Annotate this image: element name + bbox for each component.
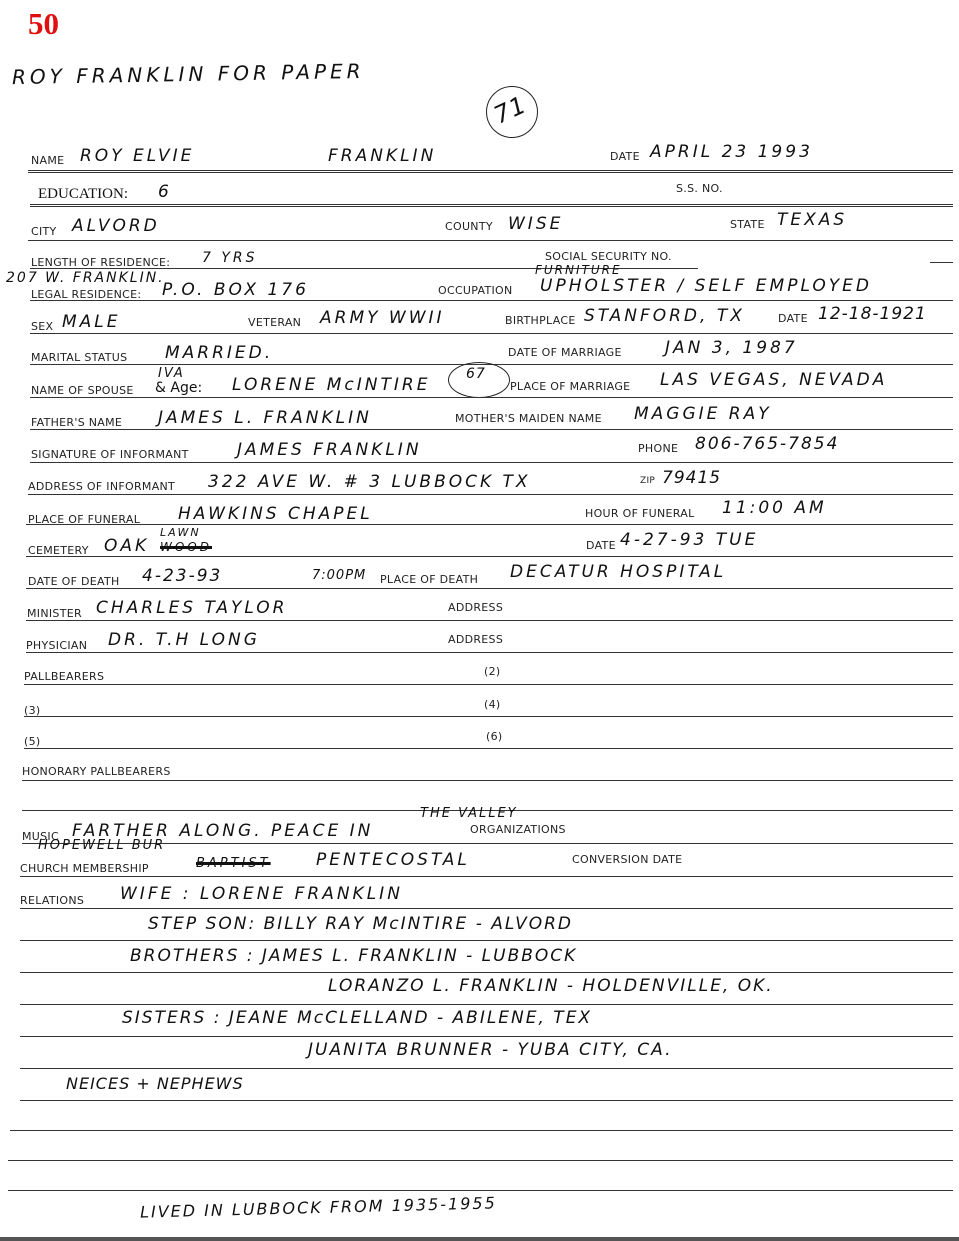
pallbearer-slot-4: (4): [484, 698, 500, 711]
physician-value: DR. T.H LONG: [108, 630, 260, 650]
fathers-name-label: FATHER'S NAME: [31, 416, 122, 429]
education-label: EDUCATION:: [38, 186, 128, 203]
pallbearer-slot-6: (6): [486, 730, 502, 743]
mothers-maiden-name-label: MOTHER'S MAIDEN NAME: [455, 412, 602, 425]
place-of-marriage-value: LAS VEGAS, NEVADA: [660, 370, 887, 390]
relation-line-7: NEICES + NEPHEWS: [66, 1074, 244, 1093]
relation-line-4: LORANZO L. FRANKLIN - HOLDENVILLE, OK.: [328, 976, 774, 996]
father-line: [30, 429, 953, 430]
name-last-value: FRANKLIN: [328, 146, 436, 166]
zip-value: 79415: [662, 468, 721, 488]
pallbearers-line-2: [24, 716, 953, 717]
name-first-value: ROY ELVIE: [80, 146, 194, 166]
name-line: [28, 170, 953, 173]
address-line: [28, 494, 953, 495]
social-security-no-label: SOCIAL SECURITY NO.: [545, 250, 672, 263]
death-line: [26, 588, 953, 589]
phone-label: PHONE: [638, 442, 678, 455]
time-of-death-value: 7:00PM: [312, 568, 366, 583]
place-of-marriage-label: PLACE OF MARRIAGE: [510, 380, 630, 393]
date-value: APRIL 23 1993: [650, 142, 813, 162]
county-value: WISE: [508, 214, 563, 234]
signature-of-informant-value: JAMES FRANKLIN: [237, 440, 422, 460]
education-value: 6: [158, 182, 172, 202]
fathers-name-value: JAMES L. FRANKLIN: [158, 408, 372, 428]
relation-line-1: WIFE : LORENE FRANKLIN: [120, 884, 403, 904]
relation-line-3: BROTHERS : JAMES L. FRANKLIN - LUBBOCK: [130, 946, 577, 966]
footer-note: LIVED IN LUBBOCK FROM 1935-1955: [140, 1193, 497, 1221]
relations-rule-1: [20, 908, 953, 909]
organizations-label: ORGANIZATIONS: [470, 823, 566, 836]
name-label: NAME: [31, 154, 64, 167]
occupation-above: FURNITURE: [535, 263, 622, 277]
state-value: TEXAS: [777, 210, 847, 230]
sex-line: [30, 333, 953, 334]
spouse-line: [30, 397, 953, 398]
date-of-marriage-label: DATE OF MARRIAGE: [508, 346, 622, 359]
residence-line-end: [930, 262, 953, 263]
page-number: 50: [28, 6, 59, 42]
church-membership-label: CHURCH MEMBERSHIP: [20, 862, 149, 875]
relation-line-6: JUANITA BRUNNER - YUBA CITY, CA.: [308, 1040, 673, 1060]
cemetery-value: OAK: [104, 536, 149, 556]
bottom-border: [0, 1237, 959, 1241]
relations-rule-3: [20, 972, 953, 973]
place-of-funeral-value: HAWKINS CHAPEL: [178, 504, 373, 524]
zip-label: ZIP: [640, 476, 655, 486]
funeral-line: [26, 524, 953, 525]
occupation-label: OCCUPATION: [438, 284, 513, 297]
birthplace-label: BIRTHPLACE: [505, 314, 576, 327]
address-of-informant-value: 322 AVE W. # 3 LUBBOCK TX: [208, 472, 531, 492]
education-line: [30, 204, 953, 207]
sex-value: MALE: [62, 312, 121, 332]
blank-rule-2: [8, 1160, 953, 1161]
legal-residence-line: [30, 300, 953, 301]
spouse-label: NAME OF SPOUSE: [31, 384, 134, 397]
signature-of-informant-label: SIGNATURE OF INFORMANT: [31, 448, 189, 461]
relations-rule-6: [20, 1068, 953, 1069]
pallbearers-line-3: [24, 748, 953, 749]
minister-value: CHARLES TAYLOR: [96, 598, 287, 618]
place-of-death-value: DECATUR HOSPITAL: [510, 562, 726, 582]
pallbearer-slot-5: (5): [24, 735, 40, 748]
hour-of-funeral-label: HOUR OF FUNERAL: [585, 507, 695, 520]
county-label: COUNTY: [445, 220, 493, 233]
veteran-label: VETERAN: [248, 316, 301, 329]
state-label: STATE: [730, 218, 765, 231]
spouse-above: IVA: [158, 366, 185, 381]
birth-date-value: 12-18-1921: [818, 304, 927, 324]
relations-label: RELATIONS: [20, 894, 84, 907]
legal-residence-value: P.O. BOX 176: [162, 280, 309, 300]
legal-residence-above: 207 W. FRANKLIN.: [6, 270, 165, 286]
cemetery-struck: WOOD: [160, 540, 212, 554]
address-of-informant-label: ADDRESS OF INFORMANT: [28, 480, 175, 493]
music-above: THE VALLEY: [420, 806, 518, 821]
physician-line: [26, 652, 953, 653]
honorary-line-1: [22, 780, 953, 781]
length-of-residence-value: 7 YRS: [202, 250, 258, 266]
spouse-age-value: 67: [466, 366, 486, 382]
blank-rule-3: [8, 1190, 953, 1191]
sex-label: SEX: [31, 320, 53, 333]
conversion-date-label: CONVERSION DATE: [572, 853, 682, 866]
city-value: ALVORD: [72, 216, 160, 236]
physician-address-label: ADDRESS: [448, 633, 503, 646]
funeral-date-label: DATE: [586, 539, 616, 552]
spouse-age-label: & Age:: [155, 380, 202, 396]
physician-label: PHYSICIAN: [26, 639, 87, 652]
marital-status-label: MARITAL STATUS: [31, 351, 127, 364]
marital-status-value: MARRIED.: [165, 343, 273, 363]
church-membership-struck: BAPTIST: [196, 856, 271, 871]
relations-rule-5: [20, 1036, 953, 1037]
mothers-maiden-name-value: MAGGIE RAY: [634, 404, 772, 424]
relations-rule-4: [20, 1004, 953, 1005]
city-line: [28, 240, 953, 241]
date-of-marriage-value: JAN 3, 1987: [665, 338, 798, 358]
place-of-death-label: PLACE OF DEATH: [380, 573, 478, 586]
veteran-value: ARMY WWII: [320, 308, 445, 328]
birthplace-value: STANFORD, TX: [584, 306, 745, 326]
funeral-date-value: 4-27-93 TUE: [620, 530, 758, 550]
cemetery-above: LAWN: [160, 526, 201, 539]
birth-date-label: DATE: [778, 312, 808, 325]
pallbearers-label: PALLBEARERS: [24, 670, 104, 683]
phone-value: 806-765-7854: [695, 434, 839, 454]
minister-label: MINISTER: [27, 607, 82, 620]
date-label: DATE: [610, 150, 640, 163]
spouse-value: LORENE McINTIRE: [232, 375, 430, 395]
city-label: CITY: [31, 225, 57, 238]
header-note: ROY FRANKLIN FOR PAPER: [12, 59, 365, 89]
ss-no-label: S.S. NO.: [676, 182, 723, 195]
signature-line: [30, 462, 953, 463]
church-line: [20, 876, 953, 877]
date-of-death-label: DATE OF DEATH: [28, 575, 120, 588]
relations-rule-7: [20, 1100, 953, 1101]
cemetery-line: [26, 556, 953, 557]
date-of-death-value: 4-23-93: [142, 566, 222, 586]
relations-rule-2: [20, 940, 953, 941]
pallbearer-slot-2: (2): [484, 665, 500, 678]
occupation-value: UPHOLSTER / SELF EMPLOYED: [540, 276, 872, 296]
church-membership-value: PENTECOSTAL: [316, 850, 470, 870]
blank-rule-1: [10, 1130, 953, 1131]
relation-line-2: STEP SON: BILLY RAY McINTIRE - ALVORD: [148, 914, 573, 934]
minister-address-label: ADDRESS: [448, 601, 503, 614]
relation-line-5: SISTERS : JEANE McCLELLAND - ABILENE, TE…: [122, 1008, 592, 1028]
pallbearers-line-1: [24, 684, 953, 685]
honorary-pallbearers-label: HONORARY PALLBEARERS: [22, 765, 171, 778]
hour-of-funeral-value: 11:00 AM: [722, 498, 827, 518]
minister-line: [26, 620, 953, 621]
church-membership-above: HOPEWELL BUR: [38, 838, 165, 853]
